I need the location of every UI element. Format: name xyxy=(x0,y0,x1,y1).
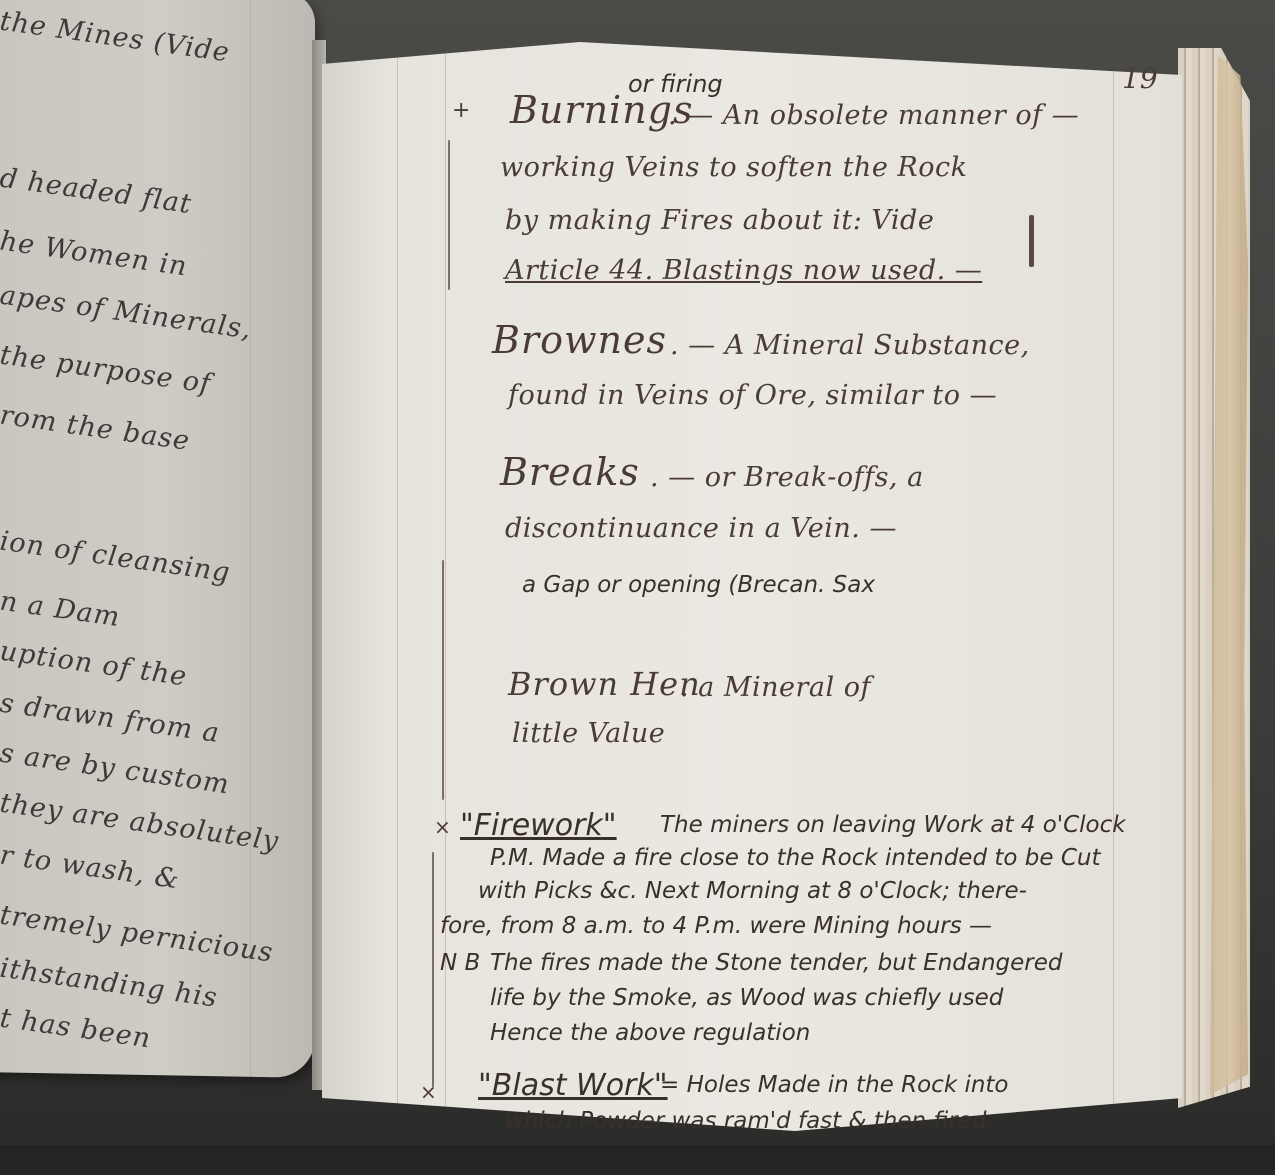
entry-term-brown-hen: Brown Hen xyxy=(508,665,701,703)
margin-x-mark: × xyxy=(420,1080,437,1104)
left-page-rule xyxy=(250,0,251,1077)
left-line: apes of Minerals, xyxy=(0,280,253,346)
entry-term-breaks: Breaks xyxy=(500,450,640,494)
entry-line: working Veins to soften the Rock xyxy=(500,152,967,183)
margin-rule xyxy=(397,42,398,1142)
left-line: ion of cleansing xyxy=(0,526,232,589)
table-surface xyxy=(0,1145,1275,1175)
left-line: r to wash, & xyxy=(0,840,181,896)
entry-line: . — A Mineral Substance, xyxy=(670,330,1030,361)
left-line: t has been xyxy=(0,1003,153,1055)
entry-line: . — An obsolete manner of — xyxy=(668,100,1079,131)
entry-term-firework: "Firework" xyxy=(460,808,617,843)
left-line: ithstanding his xyxy=(0,953,219,1014)
margin-bracket xyxy=(442,560,444,800)
entry-note-etymology: a Gap or opening (Brecan. Sax xyxy=(522,572,875,598)
left-line: d headed flat xyxy=(0,163,193,221)
margin-bracket xyxy=(448,140,450,290)
entry-line: Article 44. Blastings now used. — xyxy=(505,255,982,286)
margin-rule xyxy=(445,42,446,1142)
entry-line: little Value xyxy=(512,718,665,749)
entry-line: fore, from 8 a.m. to 4 P.m. were Mining … xyxy=(440,913,992,939)
left-line: the Mines (Vide xyxy=(0,6,232,69)
entry-line: The miners on leaving Work at 4 o'Clock xyxy=(660,812,1126,838)
left-line: uption of the xyxy=(0,636,189,693)
page-number: 19 xyxy=(1122,62,1158,95)
nb-label: N B xyxy=(440,950,480,976)
insertion-caret xyxy=(1029,215,1034,267)
left-line: rom the base xyxy=(0,400,192,457)
entry-line: P.M. Made a fire close to the Rock inten… xyxy=(490,845,1101,871)
left-line: n a Dam xyxy=(0,586,122,634)
left-page: the Mines (Vide d headed flat he Women i… xyxy=(0,0,315,1078)
entry-line: The fires made the Stone tender, but End… xyxy=(490,950,1063,976)
margin-plus-mark: + xyxy=(452,98,470,123)
margin-x-mark: × xyxy=(434,815,451,839)
entry-term-blast-work: "Blast Work" xyxy=(478,1068,668,1103)
margin-rule xyxy=(1113,42,1114,1142)
left-line: s drawn from a xyxy=(0,688,221,749)
margin-bracket xyxy=(432,852,434,1087)
entry-line: = Holes Made in the Rock into xyxy=(660,1072,1009,1098)
entry-line: by making Fires about it: Vide xyxy=(505,205,934,236)
entry-line: life by the Smoke, as Wood was chiefly u… xyxy=(490,985,1003,1011)
entry-term-burnings: Burnings xyxy=(510,88,694,132)
entry-line: which Powder was ram'd fast & then fired… xyxy=(505,1108,994,1134)
entry-line: discontinuance in a Vein. — xyxy=(505,513,897,544)
entry-line: with Picks &c. Next Morning at 8 o'Clock… xyxy=(478,878,1027,904)
entry-line: . — or Break-offs, a xyxy=(650,462,924,493)
left-line: s are by custom xyxy=(0,738,231,801)
entry-line: . a Mineral of xyxy=(680,672,871,703)
left-line: he Women in xyxy=(0,226,189,283)
left-line: the purpose of xyxy=(0,340,213,400)
entry-term-brownes: Brownes xyxy=(492,318,667,362)
entry-line: Hence the above regulation xyxy=(490,1020,810,1046)
entry-line: found in Veins of Ore, similar to — xyxy=(508,380,997,411)
